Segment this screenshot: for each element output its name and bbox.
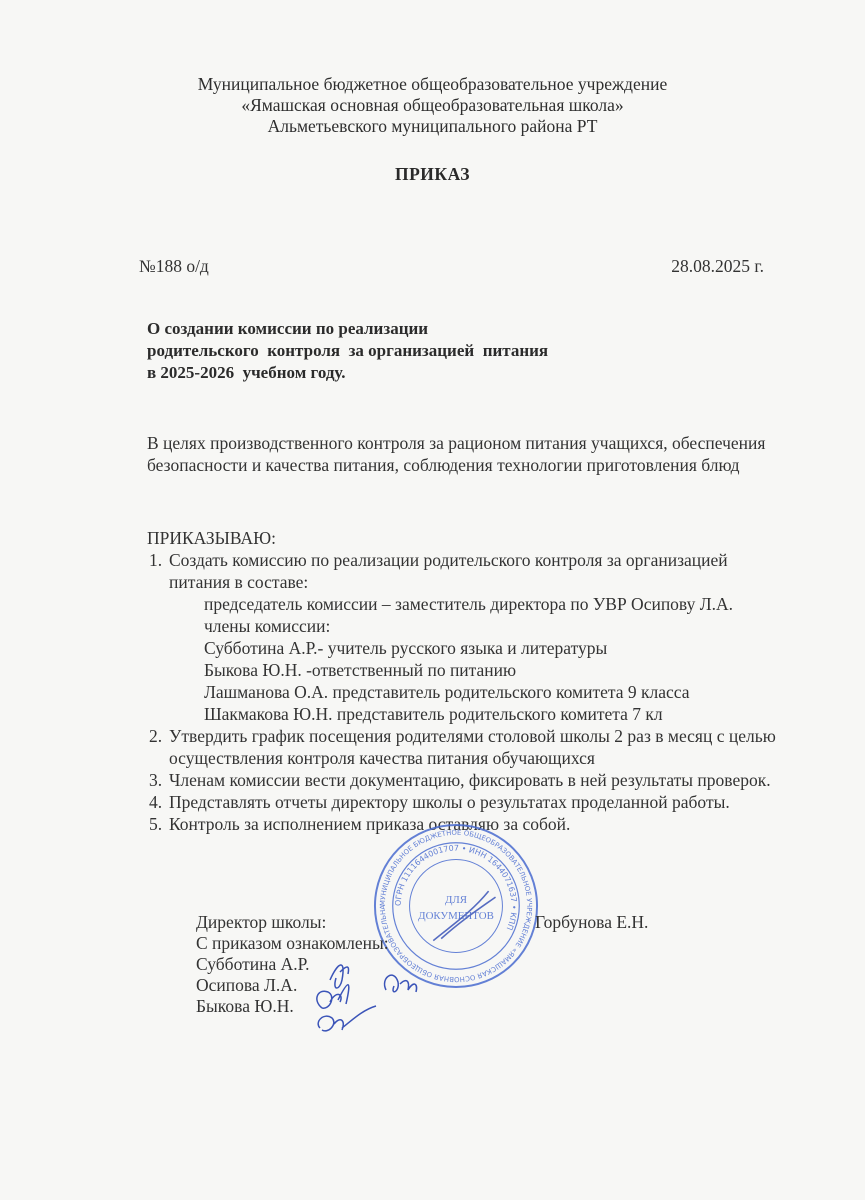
member-line: Шакмакова Ю.Н. представитель родительско… — [204, 703, 827, 725]
stamp-center-line-2: ДОКУМЕНТОВ — [418, 910, 494, 922]
order-date: 28.08.2025 г. — [671, 256, 764, 277]
order-item: 1. Создать комиссию по реализации родите… — [147, 549, 827, 725]
item-number: 5. — [149, 813, 162, 835]
director-name: Горбунова Е.Н. — [535, 912, 648, 933]
member-line: Субботина А.Р.- учитель русского языка и… — [204, 637, 827, 659]
document-title: ПРИКАЗ — [0, 164, 865, 185]
order-item: 4. Представлять отчеты директору школы о… — [147, 791, 827, 813]
handwritten-signatures-icon — [310, 950, 440, 1060]
institution-line-1: Муниципальное бюджетное общеобразователь… — [0, 74, 865, 95]
director-label: Директор школы: — [196, 912, 389, 933]
order-item: 2. Утвердить график посещения родителями… — [147, 725, 827, 769]
subject-line-1: О создании комиссии по реализации — [147, 318, 548, 340]
item-number: 4. — [149, 791, 162, 813]
subject-line-2: родительского контроля за организацией п… — [147, 340, 548, 362]
order-number: №188 о/д — [139, 256, 209, 277]
document-page: Муниципальное бюджетное общеобразователь… — [0, 0, 865, 1200]
commission-members: председатель комиссии – заместитель дире… — [169, 593, 827, 725]
stamp-center-line-1: ДЛЯ — [445, 894, 467, 906]
subject-line-3: в 2025-2026 учебном году. — [147, 362, 548, 384]
item-text: Членам комиссии вести документацию, фикс… — [169, 769, 789, 791]
item-text: Представлять отчеты директору школы о ре… — [169, 791, 849, 813]
member-line: председатель комиссии – заместитель дире… — [204, 593, 827, 615]
decree-word: ПРИКАЗЫВАЮ: — [147, 527, 276, 549]
order-items: 1. Создать комиссию по реализации родите… — [147, 549, 827, 835]
member-line: Лашманова О.А. представитель родительско… — [204, 681, 827, 703]
member-line: члены комиссии: — [204, 615, 827, 637]
item-text: Создать комиссию по реализации родительс… — [169, 549, 729, 593]
item-number: 2. — [149, 725, 162, 747]
item-number: 3. — [149, 769, 162, 791]
preamble: В целях производственного контроля за ра… — [147, 432, 787, 476]
order-subject: О создании комиссии по реализацииродител… — [147, 318, 548, 384]
item-number: 1. — [149, 549, 162, 571]
order-item: 3. Членам комиссии вести документацию, ф… — [147, 769, 827, 791]
institution-line-3: Альметьевского муниципального района РТ — [0, 116, 865, 137]
institution-header: Муниципальное бюджетное общеобразователь… — [0, 74, 865, 137]
institution-line-2: «Ямашская основная общеобразовательная ш… — [0, 95, 865, 116]
member-line: Быкова Ю.Н. -ответственный по питанию — [204, 659, 827, 681]
item-text: Утвердить график посещения родителями ст… — [169, 725, 809, 769]
